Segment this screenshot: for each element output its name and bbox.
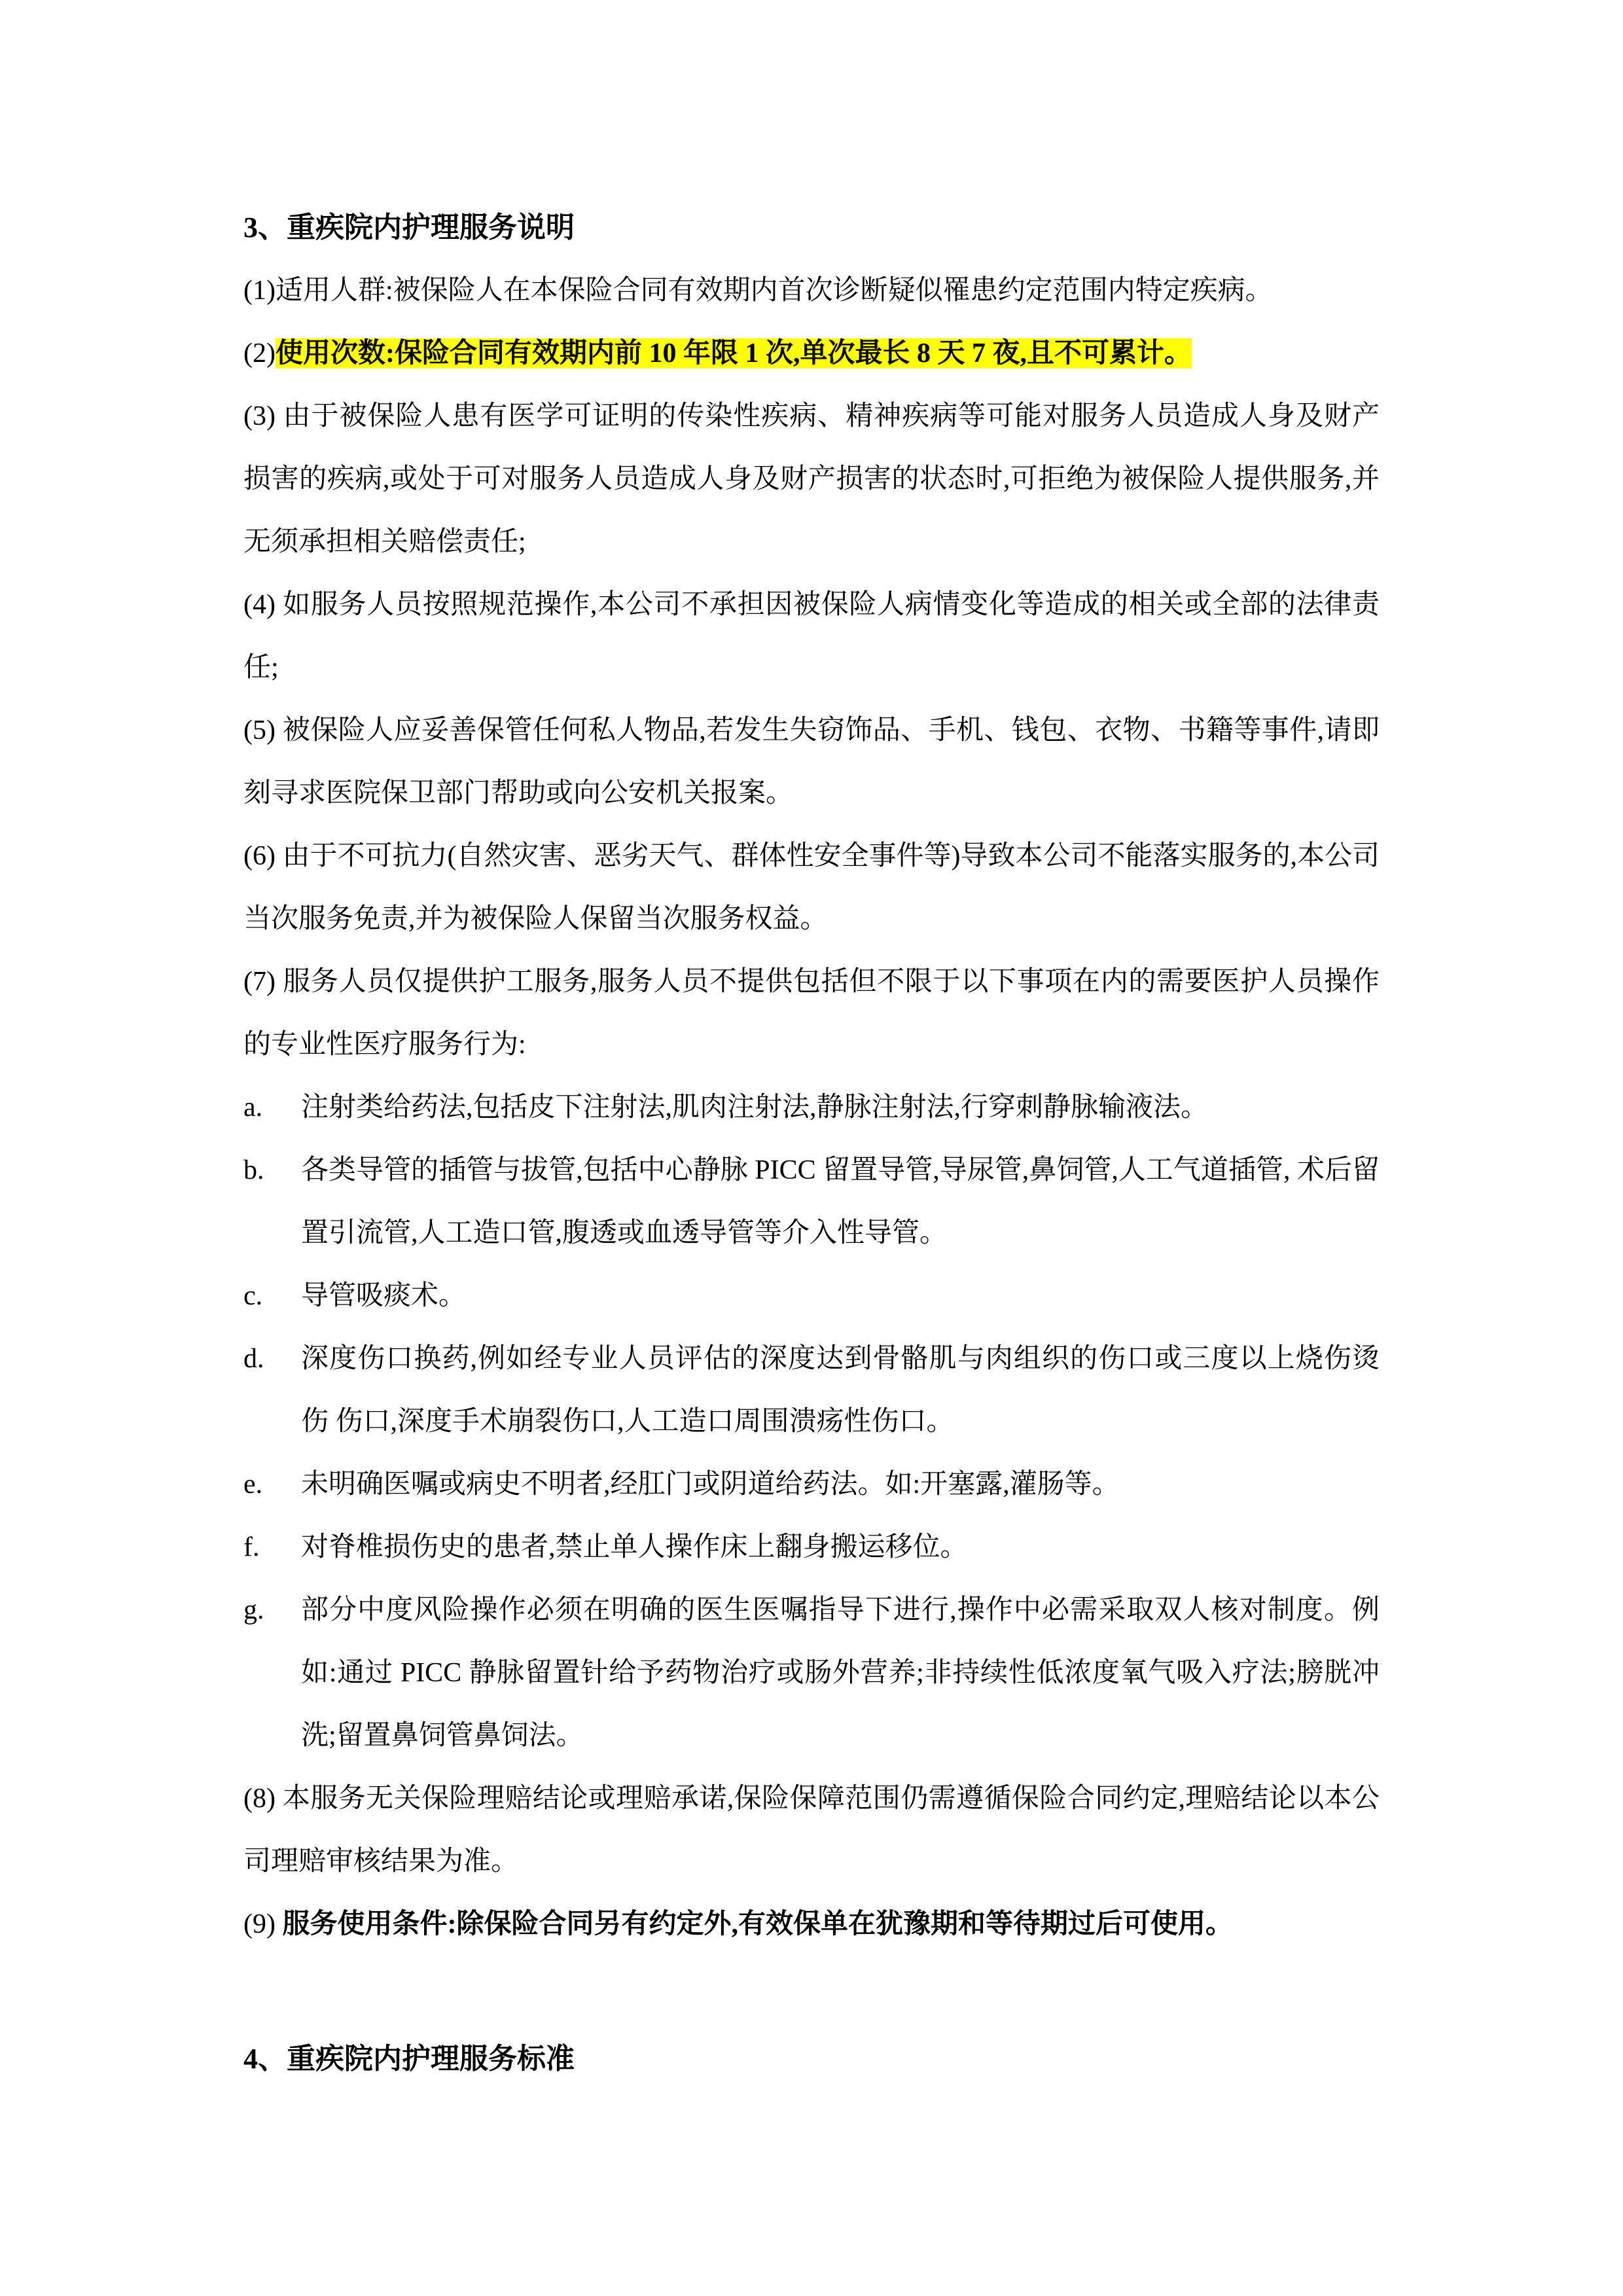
list-item-a-text: 注射类给药法,包括皮下注射法,肌肉注射法,静脉注射法,行穿刺静脉输液法。	[301, 1092, 1208, 1122]
list-item-e: e.未明确医嘱或病史不明者,经肛门或阴道给药法。如:开塞露,灌肠等。	[243, 1453, 1380, 1516]
clause-9-bold-text: 服务使用条件:除保险合同另有约定外,有效保单在犹豫期和等待期过后可使用。	[282, 1909, 1233, 1939]
clause-7-text: 服务人员仅提供护工服务,服务人员不提供包括但不限于以下事项在内的需要医护人员操作…	[243, 967, 1380, 1060]
clause-2-prefix: (2)	[243, 338, 276, 368]
list-item-e-text: 未明确医嘱或病史不明者,经肛门或阴道给药法。如:开塞露,灌肠等。	[301, 1469, 1120, 1499]
clause-6: (6) 由于不可抗力(自然灾害、恶劣天气、群体性安全事件等)导致本公司不能落实服…	[243, 825, 1380, 950]
list-item-d-text: 深度伤口换药,例如经专业人员评估的深度达到骨骼肌与肉组织的伤口或三度以上烧伤烫伤…	[301, 1344, 1380, 1437]
list-item-c-marker: c.	[243, 1265, 301, 1327]
list-item-d-marker: d.	[243, 1327, 301, 1390]
list-item-g: g.部分中度风险操作必须在明确的医生医嘱指导下进行,操作中必需采取双人核对制度。…	[243, 1579, 1380, 1767]
section-4-heading: 4、重疾院内护理服务标准	[243, 2028, 1380, 2090]
clause-4-prefix: (4)	[243, 590, 283, 620]
section-3-heading: 3、重疾院内护理服务说明	[243, 196, 1380, 259]
medical-service-exclusion-list: a.注射类给药法,包括皮下注射法,肌肉注射法,静脉注射法,行穿刺静脉输液法。 b…	[243, 1076, 1380, 1767]
list-item-f-marker: f.	[243, 1516, 301, 1579]
list-item-a: a.注射类给药法,包括皮下注射法,肌肉注射法,静脉注射法,行穿刺静脉输液法。	[243, 1076, 1380, 1139]
clause-3-prefix: (3)	[243, 401, 283, 431]
clause-3: (3) 由于被保险人患有医学可证明的传染性疾病、精神疾病等可能对服务人员造成人身…	[243, 385, 1380, 573]
list-item-g-text: 部分中度风险操作必须在明确的医生医嘱指导下进行,操作中必需采取双人核对制度。例如…	[301, 1595, 1380, 1751]
clause-7-prefix: (7)	[243, 967, 283, 997]
list-item-a-marker: a.	[243, 1076, 301, 1139]
document-page: 3、重疾院内护理服务说明 (1)适用人群:被保险人在本保险合同有效期内首次诊断疑…	[0, 0, 1623, 2296]
list-item-f: f.对脊椎损伤史的患者,禁止单人操作床上翻身搬运移位。	[243, 1516, 1380, 1579]
clause-1-text: 适用人群:被保险人在本保险合同有效期内首次诊断疑似罹患约定范围内特定疾病。	[276, 276, 1273, 306]
list-item-f-text: 对脊椎损伤史的患者,禁止单人操作床上翻身搬运移位。	[301, 1532, 968, 1562]
clause-5-prefix: (5)	[243, 715, 283, 745]
clause-1-prefix: (1)	[243, 276, 276, 306]
list-item-c: c.导管吸痰术。	[243, 1265, 1380, 1327]
clause-3-text: 由于被保险人患有医学可证明的传染性疾病、精神疾病等可能对服务人员造成人身及财产损…	[243, 401, 1380, 557]
clause-9-prefix: (9)	[243, 1909, 282, 1939]
clause-6-prefix: (6)	[243, 841, 282, 871]
clause-5-text: 被保险人应妥善保管任何私人物品,若发生失窃饰品、手机、钱包、衣物、书籍等事件,请…	[243, 715, 1380, 808]
clause-7: (7) 服务人员仅提供护工服务,服务人员不提供包括但不限于以下事项在内的需要医护…	[243, 950, 1380, 1076]
clause-2: (2)使用次数:保险合同有效期内前 10 年限 1 次,单次最长 8 天 7 夜…	[243, 322, 1380, 385]
clause-9: (9) 服务使用条件:除保险合同另有约定外,有效保单在犹豫期和等待期过后可使用。	[243, 1893, 1380, 1956]
list-item-b-text: 各类导管的插管与拔管,包括中心静脉 PICC 留置导管,导尿管,鼻饲管,人工气道…	[301, 1155, 1380, 1248]
list-item-b: b.各类导管的插管与拔管,包括中心静脉 PICC 留置导管,导尿管,鼻饲管,人工…	[243, 1139, 1380, 1265]
clause-4-text: 如服务人员按照规范操作,本公司不承担因被保险人病情变化等造成的相关或全部的法律责…	[243, 590, 1380, 683]
document-content: 3、重疾院内护理服务说明 (1)适用人群:被保险人在本保险合同有效期内首次诊断疑…	[243, 196, 1380, 2090]
list-item-d: d.深度伤口换药,例如经专业人员评估的深度达到骨骼肌与肉组织的伤口或三度以上烧伤…	[243, 1327, 1380, 1453]
list-item-g-marker: g.	[243, 1579, 301, 1641]
list-item-e-marker: e.	[243, 1453, 301, 1516]
clause-2-highlighted-text: 使用次数:保险合同有效期内前 10 年限 1 次,单次最长 8 天 7 夜,且不…	[276, 338, 1192, 368]
list-item-b-marker: b.	[243, 1139, 301, 1202]
clause-8: (8) 本服务无关保险理赔结论或理赔承诺,保险保障范围仍需遵循保险合同约定,理赔…	[243, 1767, 1380, 1893]
clause-8-prefix: (8)	[243, 1784, 283, 1814]
clause-4: (4) 如服务人员按照规范操作,本公司不承担因被保险人病情变化等造成的相关或全部…	[243, 573, 1380, 699]
clause-5: (5) 被保险人应妥善保管任何私人物品,若发生失窃饰品、手机、钱包、衣物、书籍等…	[243, 699, 1380, 825]
clause-6-text: 由于不可抗力(自然灾害、恶劣天气、群体性安全事件等)导致本公司不能落实服务的,本…	[243, 841, 1380, 934]
clause-1: (1)适用人群:被保险人在本保险合同有效期内首次诊断疑似罹患约定范围内特定疾病。	[243, 259, 1380, 322]
clause-8-text: 本服务无关保险理赔结论或理赔承诺,保险保障范围仍需遵循保险合同约定,理赔结论以本…	[243, 1784, 1380, 1876]
list-item-c-text: 导管吸痰术。	[301, 1281, 466, 1311]
